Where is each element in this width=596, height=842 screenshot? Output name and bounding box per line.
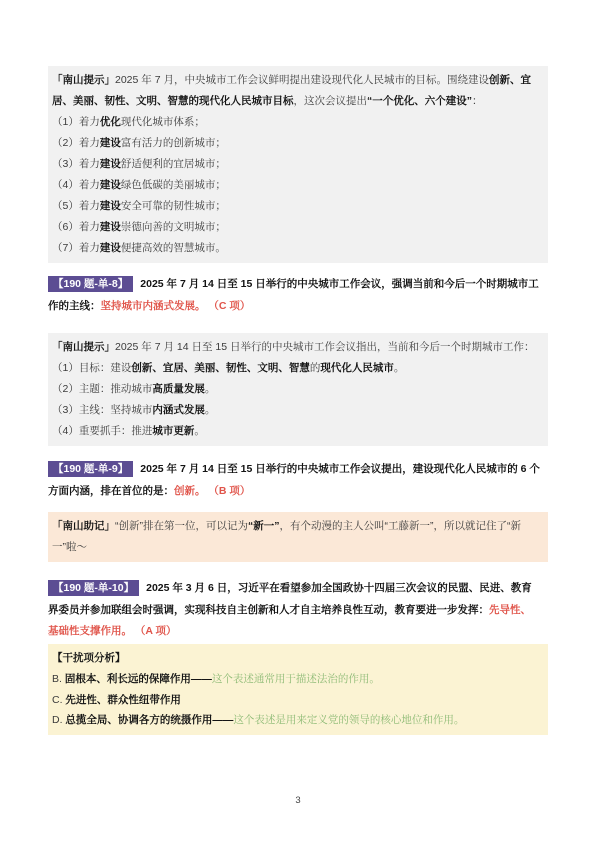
text-segment: —— [191,673,212,685]
text-segment: （2）着力 [52,137,100,149]
text-segment: 。 [205,383,216,395]
list-item: （4）着力建设绿色低碳的美丽城市； [52,175,544,196]
question-badge: 【190 题-单-8】 [48,276,133,292]
text-segment: 绿色低碳的美丽城市； [121,179,226,191]
text-segment: 建设 [100,137,121,149]
text-segment: 富有活力的创新城市； [121,137,226,149]
text-segment: 「南山助记」 [52,520,115,532]
text-segment: 这个表述是用来定义党的领导的核心地位和作用。 [233,714,464,726]
list-item: （1）着力优化现代化城市体系； [52,112,544,133]
text-segment: 。 [205,404,216,416]
distractor-analysis-block: 【干扰项分析】 B. 固根本、利长远的保障作用——这个表述通常用于描述法治的作用… [48,644,548,735]
text-segment: （4）着力 [52,179,100,191]
text-segment: “新一” [248,520,280,532]
text-segment: 舒适便利的宜居城市； [121,158,226,170]
text-segment: 创新、宜居、美丽、韧性、文明、智慧 [131,362,310,374]
question-badge: 【190 题-单-9】 [48,461,133,477]
text-segment: 建设 [100,200,121,212]
text-segment: 这个表述通常用于描述法治的作用。 [212,673,380,685]
list-item: （3）主线：坚持城市内涵式发展。 [52,400,544,421]
text-segment: （1）目标：建设 [52,362,131,374]
text-segment: 建设 [100,179,121,191]
text-segment: 建设 [100,242,121,254]
question-10: 【190 题-单-10】2025 年 3 月 6 日，习近平在看望参加全国政协十… [48,578,540,643]
text-segment: 「南山提示」 [52,341,115,353]
text-segment: ： [472,95,483,107]
analysis-option-c: C. 先进性、群众性纽带作用 [52,690,544,711]
text-segment: 【干扰项分析】 [52,652,126,664]
question-text: 【190 题-单-8】2025 年 7 月 14 日至 15 日举行的中央城市工… [48,274,540,317]
question-9: 【190 题-单-9】2025 年 7 月 14 日至 15 日举行的中央城市工… [48,459,540,502]
text-segment: （5）着力 [52,200,100,212]
text-segment: （1）着力 [52,116,100,128]
text-segment: 现代化城市体系； [121,116,205,128]
analysis-header: 【干扰项分析】 [52,648,544,669]
document-page: 「南山提示」2025 年 7 月，中央城市工作会议鲜明提出建设现代化人民城市的目… [0,0,596,842]
text-segment: 坚持城市内涵式发展。 （C 项） [101,300,251,312]
text-segment: 优化 [100,116,121,128]
list-item: （6）着力建设崇德向善的文明城市； [52,217,544,238]
text-segment: —— [212,714,233,726]
nanshan-mnemonic-block: 「南山助记」“创新”排在第一位，可以记为“新一”，有个动漫的主人公叫“工藤新一”… [48,512,548,562]
text-segment: （6）着力 [52,221,100,233]
question-text: 【190 题-单-10】2025 年 3 月 6 日，习近平在看望参加全国政协十… [48,578,540,643]
text-segment: （3）主线：坚持城市 [52,404,152,416]
text-segment: “一个优化、六个建设” [367,95,472,107]
text-segment: 。 [394,362,405,374]
text-segment: 创新。 （B 项） [174,485,250,497]
text-segment: 2025 年 7 月 14 日至 15 日举行的中央城市工作会议指出，当前和今后… [115,341,534,353]
text-segment: “创新”排在第一位，可以记为 [115,520,248,532]
text-segment: 固根本、利长远的保障作用 [65,673,191,685]
text-segment: （4）重要抓手：推进 [52,425,152,437]
text-segment: 内涵式发展 [152,404,205,416]
text-segment: 2025 年 7 月，中央城市工作会议鲜明提出建设现代化人民城市的目标。围绕建设 [115,74,489,86]
tip-intro: 「南山提示」2025 年 7 月 14 日至 15 日举行的中央城市工作会议指出… [52,337,544,358]
list-item: （2）主题：推动城市高质量发展。 [52,379,544,400]
list-item: （3）着力建设舒适便利的宜居城市； [52,154,544,175]
analysis-option-b: B. 固根本、利长远的保障作用——这个表述通常用于描述法治的作用。 [52,669,544,690]
mnemonic-text: 「南山助记」“创新”排在第一位，可以记为“新一”，有个动漫的主人公叫“工藤新一”… [52,516,544,558]
text-segment: 「南山提示」 [52,74,115,86]
question-badge: 【190 题-单-10】 [48,580,139,596]
list-item: （5）着力建设安全可靠的韧性城市； [52,196,544,217]
list-item: （2）着力建设富有活力的创新城市； [52,133,544,154]
text-segment: （2）主题：推动城市 [52,383,152,395]
text-segment: 安全可靠的韧性城市； [121,200,226,212]
text-segment: 城市更新 [152,425,194,437]
text-segment: 高质量发展 [152,383,205,395]
nanshan-tip-block-1: 「南山提示」2025 年 7 月，中央城市工作会议鲜明提出建设现代化人民城市的目… [48,66,548,263]
text-segment: C. [52,694,65,706]
question-8: 【190 题-单-8】2025 年 7 月 14 日至 15 日举行的中央城市工… [48,274,540,317]
list-item: （4）重要抓手：推进城市更新。 [52,421,544,442]
text-segment: B. [52,673,65,685]
analysis-option-d: D. 总揽全局、协调各方的统摄作用——这个表述是用来定义党的领导的核心地位和作用… [52,710,544,731]
text-segment: 总揽全局、协调各方的统摄作用 [65,714,212,726]
text-segment: 。 [194,425,205,437]
text-segment: （7）着力 [52,242,100,254]
text-segment: 便捷高效的智慧城市。 [121,242,226,254]
text-segment: 崇德向善的文明城市； [121,221,226,233]
list-item: （7）着力建设便捷高效的智慧城市。 [52,238,544,259]
text-segment: 建设 [100,158,121,170]
nanshan-tip-block-2: 「南山提示」2025 年 7 月 14 日至 15 日举行的中央城市工作会议指出… [48,333,548,446]
text-segment: 现代化人民城市 [320,362,394,374]
text-segment: ，这次会议提出 [294,95,368,107]
text-segment: 的 [310,362,321,374]
tip-intro: 「南山提示」2025 年 7 月，中央城市工作会议鲜明提出建设现代化人民城市的目… [52,70,544,112]
text-segment: 建设 [100,221,121,233]
text-segment: D. [52,714,65,726]
page-number: 3 [0,794,596,808]
list-item: （1）目标：建设创新、宜居、美丽、韧性、文明、智慧的现代化人民城市。 [52,358,544,379]
text-segment: （3）着力 [52,158,100,170]
question-text: 【190 题-单-9】2025 年 7 月 14 日至 15 日举行的中央城市工… [48,459,540,502]
text-segment: 先进性、群众性纽带作用 [65,694,181,706]
